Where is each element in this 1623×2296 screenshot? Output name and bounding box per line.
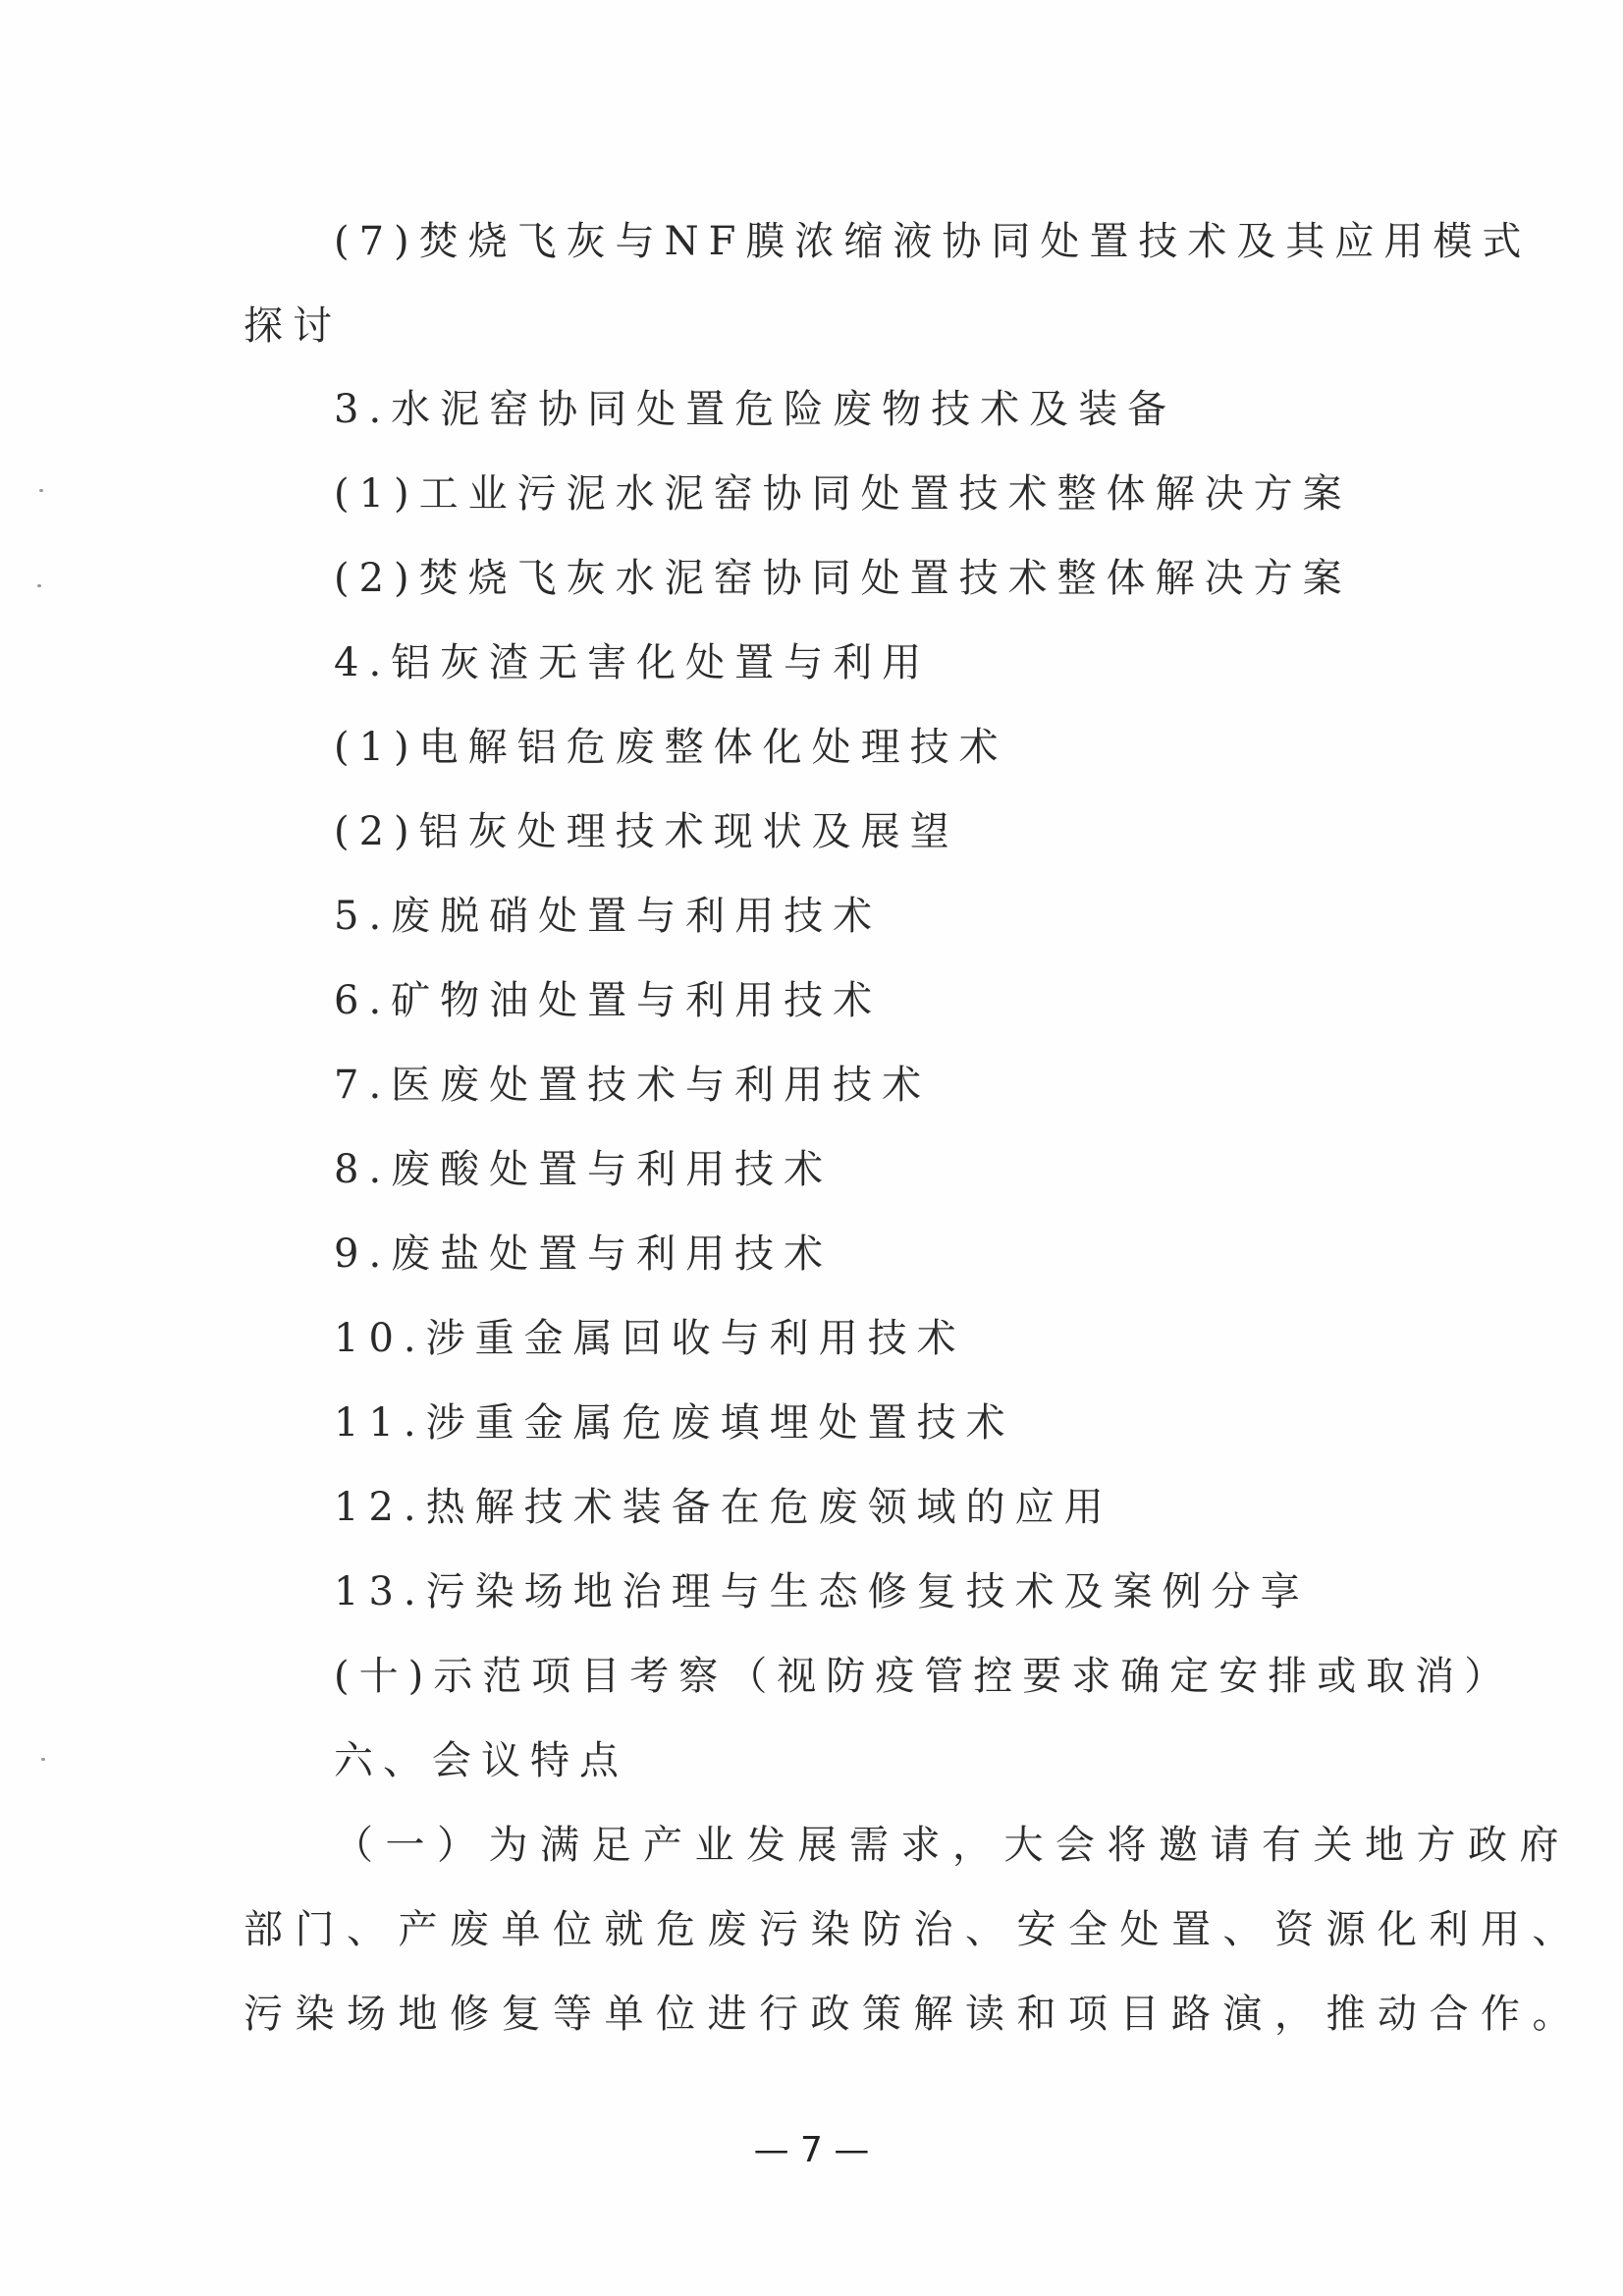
section-12-heading: 12.热解技术装备在危废领域的应用 [334,1480,1113,1535]
page-number: — 7 — [0,2121,1623,2180]
section-6-heading: 6.矿物油处置与利用技术 [334,973,882,1028]
section-3-item-2: (2)焚烧飞灰水泥窑协同处置技术整体解决方案 [334,551,1352,606]
section-9-heading: 9.废盐处置与利用技术 [334,1227,833,1282]
section-3-cement-kiln-heading: 3.水泥窑协同处置危险废物技术及装备 [334,382,1176,437]
section-13-heading: 13.污染场地治理与生态修复技术及案例分享 [334,1564,1310,1619]
section-7-heading: 7.医废处置技术与利用技术 [334,1058,931,1113]
paragraph-features-1-line-1: （一）为满足产业发展需求，大会将邀请有关地方政府 [334,1818,1571,1873]
scan-speck [39,489,43,492]
demo-project-visit: (十)示范项目考察（视防疫管控要求确定安排或取消） [334,1649,1513,1704]
section-11-heading: 11.涉重金属危废填埋处置技术 [334,1395,1015,1450]
section-4-item-1: (1)电解铝危废整体化处理技术 [334,720,1008,775]
section-4-item-2: (2)铝灰处理技术现状及展望 [334,804,959,859]
section-5-heading: 5.废脱硝处置与利用技术 [334,889,882,944]
chapter-6-meeting-features-heading: 六、会议特点 [334,1733,628,1788]
section-10-heading: 10.涉重金属回收与利用技术 [334,1311,966,1366]
paragraph-features-1-line-3: 污染场地修复等单位进行政策解读和项目路演，推动合作。 [243,1987,1584,2042]
section-8-heading: 8.废酸处置与利用技术 [334,1142,833,1197]
list-item-7-incineration-fly-ash-nf: (7)焚烧飞灰与NF膜浓缩液协同处置技术及其应用模式 [334,214,1531,269]
document-page: (7)焚烧飞灰与NF膜浓缩液协同处置技术及其应用模式 探讨 3.水泥窑协同处置危… [0,0,1623,2296]
scan-speck [37,584,41,587]
list-item-7-continuation: 探讨 [243,299,342,354]
scan-speck [41,1758,45,1761]
paragraph-features-1-line-2: 部门、产废单位就危废污染防治、安全处置、资源化利用、 [243,1902,1584,1957]
section-4-aluminum-dross-heading: 4.铝灰渣无害化处置与利用 [334,635,931,690]
section-3-item-1: (1)工业污泥水泥窑协同处置技术整体解决方案 [334,466,1352,521]
